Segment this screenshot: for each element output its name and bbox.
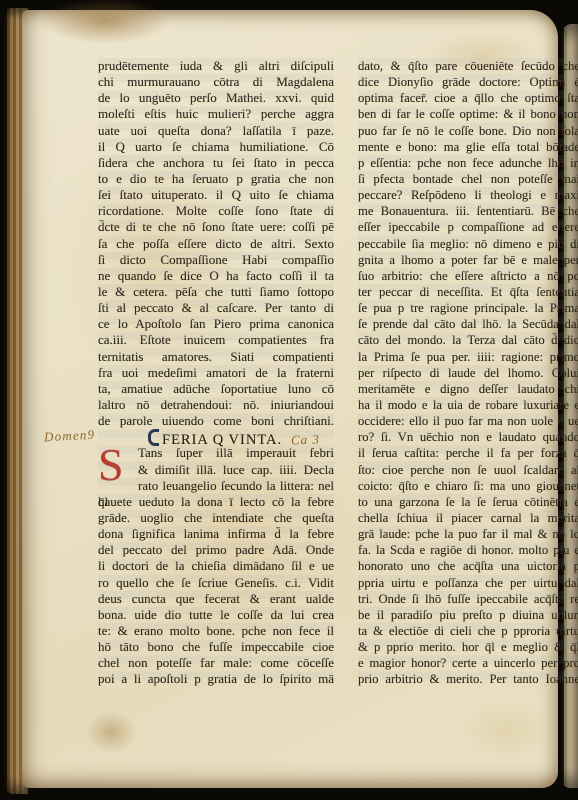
text-line: fa. la Scda e ragiōe di honor. molto piu… (358, 542, 578, 558)
text-line: ternitatis amatores. Siati compatienti (98, 349, 334, 365)
text-line: chi murmurauano cōtra di Magdalena (98, 74, 334, 90)
left-column-paragraph-1: prudētemente iuda & gli altri diſcipulic… (98, 58, 334, 429)
section-heading: Domen9 FERIA Q VINTA.Ca 3 (98, 429, 334, 445)
text-line: ro? ſi. Vn uēchio non e laudato quando (358, 429, 578, 445)
text-line: bona. uide dio tutte le coſſe da lui cre… (98, 607, 334, 623)
rubricated-initial: S (98, 445, 138, 477)
text-line: ro quello che ſe ſcriue Geneſis. c.i. Vi… (98, 575, 334, 591)
heading-title: FERIA Q VINTA. (162, 432, 282, 448)
text-line: li doctori de la chieſia dimādano ſil e … (98, 558, 334, 574)
text-line: tri. Onde ſi lhō fuſſe ipeccabile acq̄ſt… (358, 591, 578, 607)
text-line: grā laude: pche la puo far il mal & nō l… (358, 526, 578, 542)
text-line: coicto: q̄ſto e chiaro ſi: ma uno giouen… (358, 478, 578, 494)
text-line: ta, amatiue adūche ſoportatiue luno cō (98, 381, 334, 397)
text-line: hauete ueduto la dona ī lecto cō la febr… (98, 494, 334, 510)
text-line: ſa che poſſa eſſere dicto de altri. Sext… (98, 236, 334, 252)
text-line: occidere: ello il puo far ma non uole e … (358, 413, 578, 429)
text-line: ſti al peccato & al caſcare. Per tanto d… (98, 300, 334, 316)
text-line: rato leuangelio ſecundo la littera: nel … (98, 478, 334, 494)
text-line: ce lo Apoſtolo ſan Piero prima canonica (98, 316, 334, 332)
text-line: eſſer ipeccabile p compaſſione ad eſſere (358, 219, 578, 235)
text-line: prudētemente iuda & gli altri diſcipuli (98, 58, 334, 74)
text-line: le & cetera. pēſa che tutti ſiamo ſottop… (98, 284, 334, 300)
left-column-paragraph-2: S Tans ſuper illā imperauit febri& dimiſ… (98, 445, 334, 687)
text-line: ne quando ſe dice O ha facto coſſi il ta (98, 268, 334, 284)
text-line: dice Dionyſio grāde doctore: Optimi ē (358, 74, 578, 90)
text-line: ſi pfecta bontade chel non poteſſe mai (358, 171, 578, 187)
text-line: ha il modo e la uia de robare luxuriare … (358, 397, 578, 413)
text-line: il Q uarto ſe chiama humiliatione. Cō (98, 139, 334, 155)
text-line: poi a li apoſtoli p gratia de lo ſpirito… (98, 671, 334, 687)
text-line: ppria uirtu e poſſanza che per uirtu dal (358, 575, 578, 591)
text-line: ſe pua p tre ragione principale. la Prim… (358, 300, 578, 316)
text-line: to una garzona ſe la ſe ſerua cōtinētia … (358, 494, 578, 510)
text-line: ricordatione. Molte coſſe ſono ſtate di (98, 203, 334, 219)
text-line: il ſerua caſtita: perche il fa per forza… (358, 445, 578, 461)
text-line: te: & erano molto bone. pche non fece il (98, 623, 334, 639)
text-line: del peccato del primo padre Adā. Onde (98, 542, 334, 558)
text-line: p eſſentia: pche non fece adunche lhō in (358, 155, 578, 171)
text-line: ben di far le coſſe optime: & il bono no… (358, 106, 578, 122)
left-text-column: prudētemente iuda & gli altri diſcipulic… (98, 58, 334, 687)
right-column-paragraph: dato, & q̄ſto pare cōueniēte ſecūdo ched… (358, 58, 578, 687)
text-line: gnita a lhomo a poter far bē e male per (358, 252, 578, 268)
text-line: d̄cte di te che nō ſono ſtate uere: coſſ… (98, 219, 334, 235)
text-line: la Prima ſe pua per. iiii: ragione: prim… (358, 349, 578, 365)
text-line: ſuo arbitrio: che eſſere aſtricto a nō p… (358, 268, 578, 284)
text-line: ſidera che anchora tu ſei ſtato in pecca (98, 155, 334, 171)
page-stain (84, 710, 138, 754)
text-line: ſe prende dal cāto dal lhō. la Secūda da… (358, 316, 578, 332)
text-line: ſei ſtato uituperato. il Q uito ſe chiam… (98, 187, 334, 203)
text-line: me Bonauentura. iii. ſententiarū. Bē che (358, 203, 578, 219)
text-line: chel non poteſſe far male: come cōceſſe (98, 655, 334, 671)
text-line: chella ſchiua il piacer carnal la merita (358, 510, 578, 526)
text-line: grāde. uoglio che intendiate che queſta (98, 510, 334, 526)
text-line: optima facer̄. cioe a q̄llo che optimo ſ… (358, 90, 578, 106)
text-line: mente e bono: ma glie eſſa total bōtade (358, 139, 578, 155)
book-page: prudētemente iuda & gli altri diſcipulic… (22, 10, 558, 788)
text-line: uate uoi queſta dona? laſſatila ī paze. (98, 123, 334, 139)
capitulum-paragraph-icon (148, 429, 159, 446)
photo-background: prudētemente iuda & gli altri diſcipulic… (0, 0, 578, 800)
left-column-paragraph-2-rest: rato leuangelio ſecundo la littera: nel … (98, 478, 334, 688)
text-line: dona ſignifica lanima infirma d̄ la febr… (98, 526, 334, 542)
right-text-column: dato, & q̄ſto pare cōueniēte ſecūdo ched… (358, 58, 578, 687)
text-line: & p pprio merito. hor q̄l e meglio & q̄l (358, 639, 578, 655)
text-line: ter peccar di neceſſita. Et q̄ſta ſenten… (358, 284, 578, 300)
page-stain (40, 0, 170, 44)
text-line: cāto del mondo. la Terza dal cāto d̄ dio (358, 332, 578, 348)
text-line: deus cuncta que fecerat & erant ualde (98, 591, 334, 607)
text-line: laltro nō detrahendoui: nō. iniuriandoui (98, 397, 334, 413)
text-line: dato, & q̄ſto pare cōueniēte ſecūdo che (358, 58, 578, 74)
text-line: moleſti eſtis huic mulieri? perche aggra (98, 106, 334, 122)
text-line: peccare? Reſpōdeno li theologi e maxi (358, 187, 578, 203)
text-line: e magior honor? certe a uincerlo per pro (358, 655, 578, 671)
text-line: ca.iii. Eſtote inuicem compatientes fra (98, 332, 334, 348)
text-line: prio arbitrio & merito. Per tanto Ioanne (358, 671, 578, 687)
text-line: peccabile ſia meglio: nō dimeno e piu di (358, 236, 578, 252)
text-line: be il paradiſo piu preſto p diuina uolun (358, 607, 578, 623)
text-line: to e dio te ha ſeruato p gratia che non (98, 171, 334, 187)
text-line: puo far ſe nō le coſſe bone. Dio non ſol… (358, 123, 578, 139)
text-line: per riſpecto di laude del lhomo. Colui (358, 365, 578, 381)
handwritten-chapter-note: Ca 3 (291, 432, 320, 449)
text-line: ſto: cioe perche non ſe uuol ſcaldare al (358, 462, 578, 478)
text-line: ta & electiōe di cieli che p pproria uir… (358, 623, 578, 639)
text-line: honorato uno che acq̄ſta una uictoria p (358, 558, 578, 574)
text-line: de parole uiuendo come boni chriſtiani. (98, 413, 334, 429)
page-stain (462, 700, 552, 760)
handwritten-marginal-note: Domen9 (44, 427, 96, 446)
text-line: de lo unguēto perſo Mathei. xxvi. quid (98, 90, 334, 106)
text-line: ſi dicto Compaſſione Habi compaſſio (98, 252, 334, 268)
text-line: meritamēte e digno deſſer laudato chi (358, 381, 578, 397)
text-line: fra uoi medeſimi amatori de la fraterni (98, 365, 334, 381)
text-line: hō tāto bono che fuſſe impeccabile cioe (98, 639, 334, 655)
